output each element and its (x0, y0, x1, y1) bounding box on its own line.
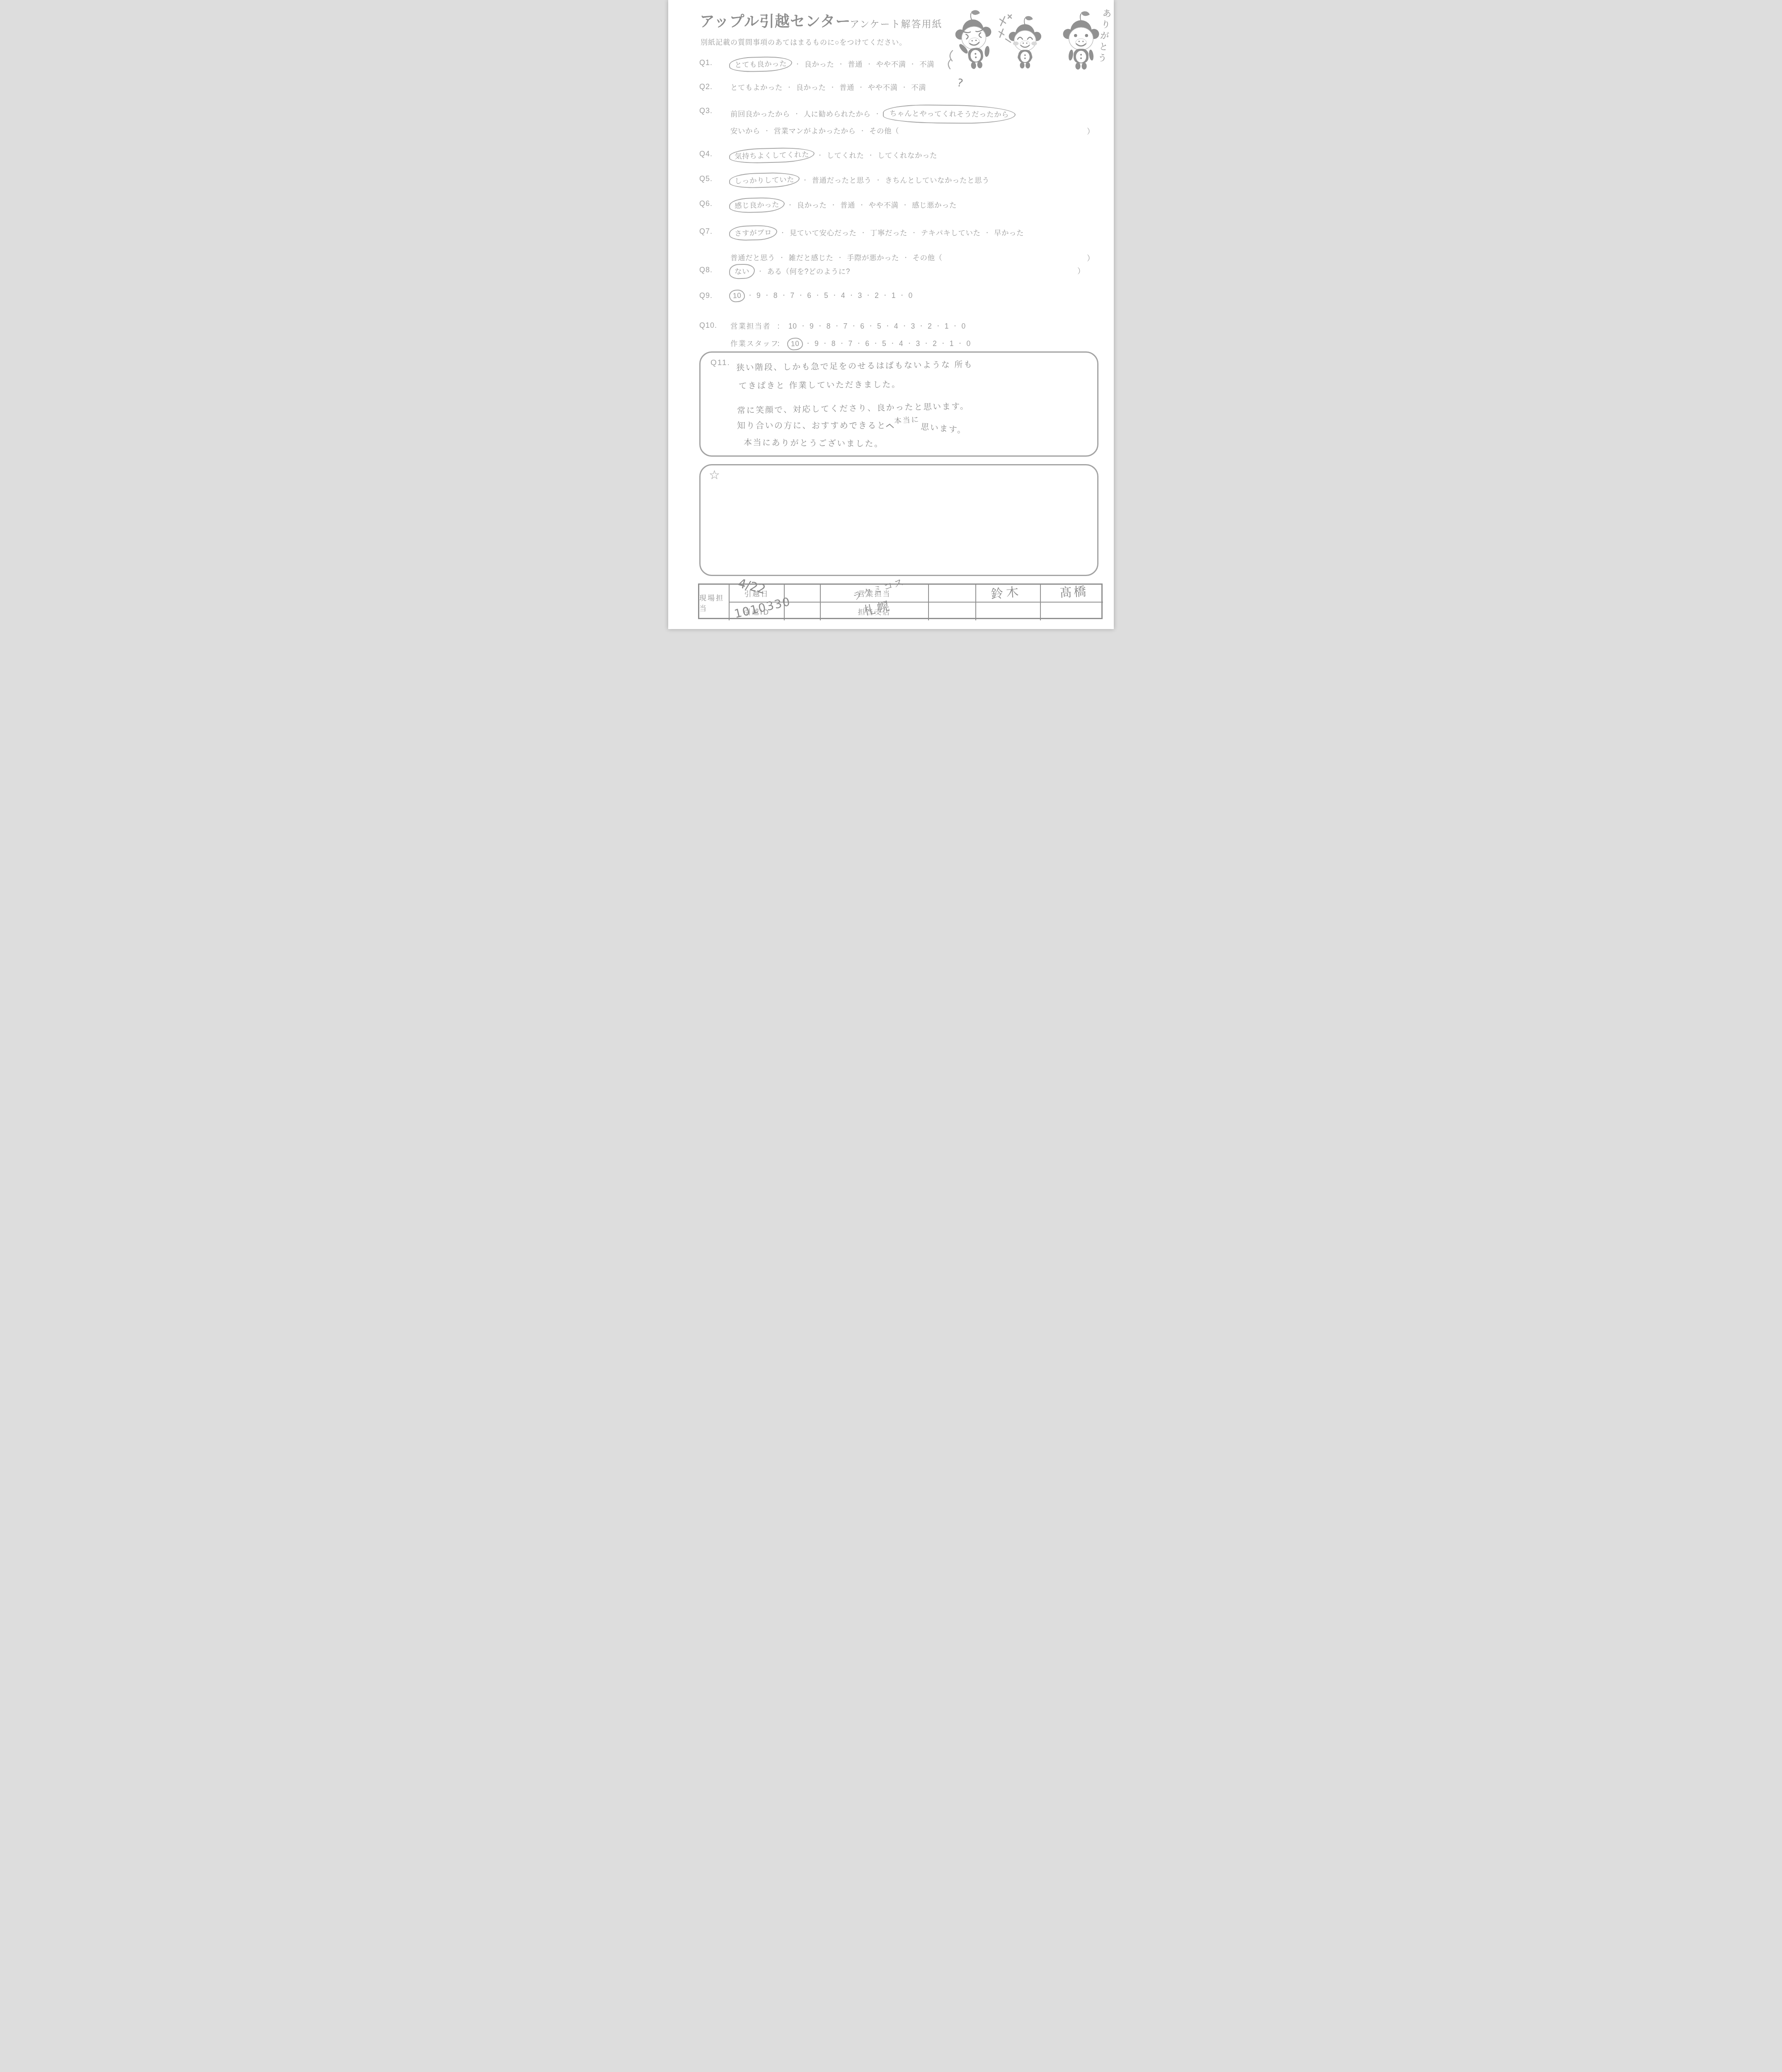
option-separator: ・ (907, 340, 913, 346)
option-separator: ・ (822, 340, 828, 346)
option-separator: ・ (984, 229, 991, 236)
option-text: 6 (807, 291, 811, 300)
option-text: 7 (848, 339, 852, 348)
option-separator: ・ (817, 322, 823, 329)
option-separator: ・ (798, 292, 804, 298)
survey-sheet-page: アップル引越センター アンケート解答用紙 別紙記載の質問事項のあてはまるものに○… (668, 0, 1114, 629)
handwritten-text: 知り合いの方に、おすすめできると (737, 421, 886, 431)
option-separator: ・ (849, 292, 855, 298)
option-text: きちんとしていなかったと思う (885, 176, 989, 184)
colon-separator: ： (777, 322, 784, 330)
option-text: 手際が悪かった (847, 254, 899, 262)
option-text: 0 (967, 339, 971, 348)
option-group: さすがプロ・見ていて安心だった・丁寧だった・テキパキしていた・早かった (730, 227, 1024, 239)
option-separator: ・ (919, 322, 925, 329)
option-separator: ・ (940, 340, 946, 346)
empty-cell (1041, 603, 1103, 620)
option-separator: ・ (866, 61, 873, 67)
sales-rep-value-cell (929, 585, 976, 603)
q11-label: Q11. (710, 358, 730, 368)
option-separator: ・ (859, 201, 865, 208)
option-text: 普通だったと思う (812, 176, 872, 184)
option-text: 1 (892, 291, 896, 300)
option-text: 5 (882, 339, 886, 348)
option-separator: ・ (757, 268, 764, 274)
option-separator: ・ (866, 292, 872, 298)
option-separator: ・ (875, 110, 881, 117)
option-text: 6 (860, 322, 864, 330)
insertion-caret-icon (886, 424, 894, 431)
option-separator: ・ (935, 322, 941, 329)
option-group: 感じ良かった・良かった・普通・やや不満・感じ悪かった (730, 199, 957, 211)
option-separator: ・ (830, 84, 836, 90)
question-label: Q2. (699, 82, 713, 91)
option-text: 7 (843, 322, 847, 330)
option-text: 1 (950, 339, 954, 348)
option-circled: しっかりしていた (729, 172, 800, 189)
option-text: 2 (928, 322, 932, 330)
colon-separator: ： (777, 339, 784, 348)
option-circled: さすがプロ (729, 225, 778, 241)
option-text: 丁寧だった (870, 229, 907, 237)
option-text: とてもよかった (730, 83, 783, 92)
option-separator: ・ (860, 127, 866, 134)
option-group: ない・ある（何を?どのように? (730, 265, 850, 278)
option-separator: ・ (815, 292, 821, 298)
option-text: 不満 (911, 83, 926, 92)
option-separator: ・ (899, 292, 905, 298)
option-text: やや不満 (869, 201, 899, 209)
option-text: 9 (815, 339, 819, 348)
option-separator: ・ (747, 292, 753, 298)
option-separator: ・ (957, 340, 963, 346)
question-list: Q1.とても良かった・良かった・普通・やや不満・不満Q2.とてもよかった・良かっ… (699, 0, 1101, 348)
star-icon: ☆ (709, 468, 720, 482)
option-separator: ・ (794, 110, 800, 117)
option-text: テキパキしていた (921, 229, 981, 237)
question-label: Q10. (699, 321, 717, 330)
question-label: Q5. (699, 174, 713, 183)
option-separator: ・ (838, 61, 844, 67)
option-circled: 10 (787, 337, 803, 351)
handwritten-question-mark: ? (956, 77, 964, 90)
option-separator: ・ (902, 201, 909, 208)
option-separator: ・ (910, 61, 916, 67)
q11-comment-box: Q11. 狭い階段、しかも急で足をのせるはばもないような 所も てきぱきと 作業… (699, 351, 1098, 457)
option-circled: 感じ良かった (729, 197, 785, 213)
option-text: 2 (933, 339, 937, 348)
close-paren: ） (1087, 126, 1095, 136)
handwritten-comment-line: 常に笑顔で、対応してくださり、良かったと思います。 (737, 399, 970, 416)
option-separator: ・ (902, 84, 908, 90)
option-separator: ・ (861, 229, 867, 236)
option-separator: ・ (834, 322, 840, 329)
option-text: やや不満 (868, 83, 898, 92)
option-text: 0 (962, 322, 966, 330)
option-separator: ・ (924, 340, 930, 346)
option-separator: ・ (868, 322, 874, 329)
option-circled: ちゃんとやってくれそうだったから (883, 104, 1016, 124)
handwritten-field-staff-name: 髙橋 (1059, 581, 1088, 600)
option-text: 9 (810, 322, 814, 330)
question-label: Q6. (699, 199, 713, 208)
handwritten-comment-line: 狭い階段、しかも急で足をのせるはばもないような 所も (736, 358, 973, 373)
option-circled: ない (729, 264, 755, 279)
option-separator: ・ (805, 340, 811, 346)
option-text: 良かった (796, 83, 826, 92)
option-text: 雑だと感じた (789, 254, 834, 262)
option-text: してくれた (827, 151, 864, 160)
option-circled: 10 (729, 289, 745, 303)
option-separator: ・ (903, 254, 909, 261)
field-staff-label: 現場担当 (699, 585, 730, 620)
handwritten-comment-line: 知り合いの方に、おすすめできると本当に思います。 (737, 419, 967, 431)
option-group: 普通だと思う・雑だと感じた・手際が悪かった・その他（ (730, 252, 943, 263)
option-text: 8 (827, 322, 831, 330)
question-label: Q3. (699, 107, 713, 115)
option-text: 良かった (805, 60, 834, 68)
option-group: 前回良かったから・人に勧められたから・ちゃんとやってくれそうだったから (730, 106, 1014, 122)
option-separator: ・ (764, 292, 770, 298)
option-separator: ・ (952, 322, 958, 329)
option-text: 3 (858, 291, 862, 300)
option-separator: ・ (781, 292, 787, 298)
option-separator: ・ (851, 322, 857, 329)
extra-comment-box: ☆ (699, 464, 1098, 576)
option-separator: ・ (873, 340, 879, 346)
option-text: 営業マンがよかったから (774, 127, 856, 135)
option-separator: ・ (787, 201, 793, 208)
option-separator: ・ (832, 292, 838, 298)
option-separator: ・ (856, 340, 862, 346)
handwritten-field-staff-name: 鈴木 (990, 581, 1022, 602)
option-separator: ・ (890, 340, 896, 346)
option-text: 6 (865, 339, 869, 348)
option-separator: ・ (786, 84, 793, 90)
option-text: 4 (894, 322, 898, 330)
option-text: やや不満 (876, 60, 906, 68)
option-text: 不満 (919, 60, 934, 68)
option-text: 0 (909, 291, 913, 300)
option-text: 3 (911, 322, 915, 330)
scale-target-label: 営業担当者 (730, 321, 777, 331)
option-separator: ・ (911, 229, 917, 236)
close-paren: ） (1077, 265, 1085, 276)
option-text: 普通 (840, 201, 855, 209)
option-separator: ・ (817, 152, 823, 158)
option-group: 営業担当者：10・9・8・7・6・5・4・3・2・1・0 (730, 321, 966, 331)
option-group: 作業スタッフ：10・9・8・7・6・5・4・3・2・1・0 (730, 338, 971, 349)
option-separator: ・ (882, 292, 888, 298)
option-text: 早かった (994, 229, 1024, 237)
option-text: 感じ悪かった (912, 201, 957, 209)
option-separator: ・ (795, 61, 801, 67)
option-group: 安いから・営業マンがよかったから・その他（ (730, 126, 899, 136)
option-separator: ・ (868, 152, 874, 158)
option-text: 普通 (848, 60, 863, 68)
option-group: とてもよかった・良かった・普通・やや不満・不満 (730, 82, 926, 92)
option-text: 2 (875, 291, 879, 300)
option-text: 3 (916, 339, 920, 348)
question-label: Q8. (699, 266, 713, 274)
option-text: 前回良かったから (730, 110, 790, 118)
option-separator: ・ (764, 127, 770, 134)
option-text: 5 (877, 322, 881, 330)
option-separator: ・ (885, 322, 891, 329)
option-text: 5 (824, 291, 828, 300)
option-separator: ・ (800, 322, 806, 329)
question-label: Q4. (699, 150, 713, 158)
handwritten-comment-line: 本当にありがとうございました。 (744, 436, 884, 449)
option-separator: ・ (802, 177, 808, 183)
option-text: その他（ (869, 127, 899, 135)
option-separator: ・ (837, 254, 844, 261)
handwritten-comment-line: てきぱきと 作業していただきました。 (739, 378, 901, 391)
option-separator: ・ (902, 322, 908, 329)
option-group: 気持ちよくしてくれた・してくれた・してくれなかった (730, 149, 937, 162)
option-text: 普通 (839, 83, 854, 92)
option-circled: 気持ちよくしてくれた (729, 147, 815, 164)
branch-value-cell (929, 603, 976, 620)
option-text: 安いから (730, 127, 760, 135)
scale-target-label: 作業スタッフ (730, 338, 777, 349)
option-text: その他（ (913, 254, 943, 262)
option-text: 9 (756, 291, 761, 300)
option-text: してくれなかった (878, 151, 937, 160)
option-separator: ・ (780, 229, 786, 236)
option-text: 4 (841, 291, 845, 300)
option-separator: ・ (858, 84, 864, 90)
question-label: Q7. (699, 227, 713, 236)
option-group: 10・9・8・7・6・5・4・3・2・1・0 (730, 291, 913, 301)
option-text: 8 (832, 339, 836, 348)
option-separator: ・ (779, 254, 785, 261)
option-separator: ・ (839, 340, 845, 346)
option-separator: ・ (831, 201, 837, 208)
option-text: 見ていて安心だった (790, 229, 857, 237)
handwritten-text: 思います。 (920, 420, 967, 436)
option-group: しっかりしていた・普通だったと思う・きちんとしていなかったと思う (730, 174, 989, 186)
option-text: 8 (773, 291, 778, 300)
option-text: 10 (788, 322, 797, 330)
option-text: 普通だと思う (730, 254, 775, 262)
empty-cell (976, 603, 1041, 620)
option-text: ある（何を?どのように? (767, 267, 850, 276)
option-text: 1 (945, 322, 949, 330)
option-text: 7 (790, 291, 794, 300)
option-text: 人に勧められたから (804, 110, 871, 118)
option-circled: とても良かった (729, 56, 793, 73)
question-label: Q9. (699, 291, 713, 300)
option-group: とても良かった・良かった・普通・やや不満・不満 (730, 58, 934, 70)
option-text: 良かった (797, 201, 827, 209)
close-paren: ） (1087, 252, 1095, 263)
handwritten-insertion: 本当に (894, 414, 920, 426)
option-text: 4 (899, 339, 903, 348)
question-label: Q1. (699, 58, 713, 67)
option-separator: ・ (875, 177, 882, 183)
